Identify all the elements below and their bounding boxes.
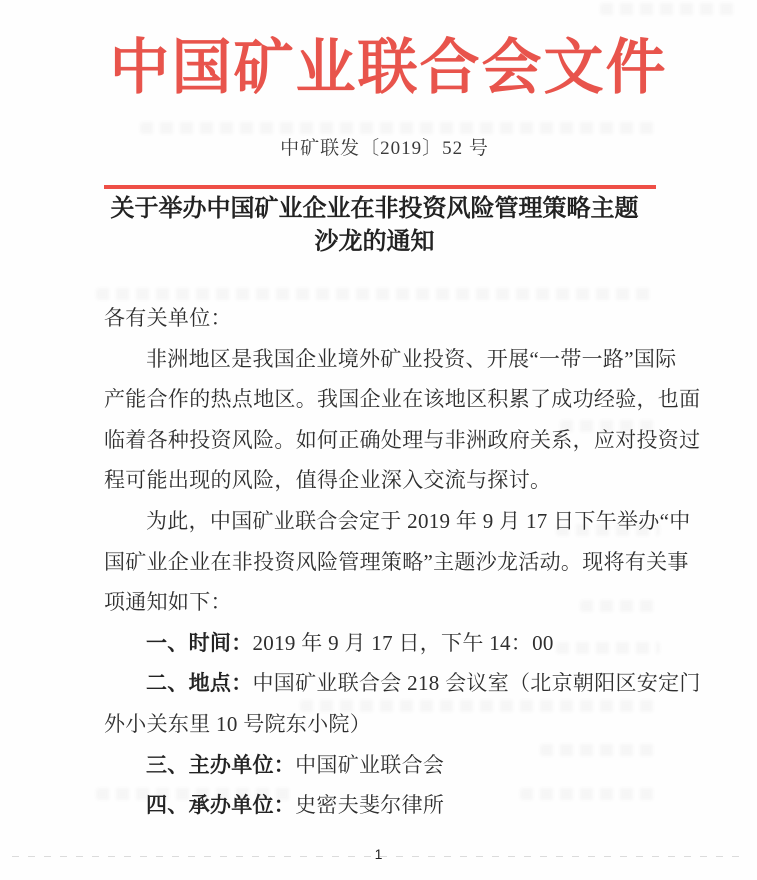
body-line: 各有关单位： [104,298,660,339]
line-text: 非洲地区是我国企业境外矿业投资、开展“一带一路”国际 [146,347,676,371]
body-line: 外小关东里 10 号院东小院） [104,704,660,745]
line-text: 国矿业企业在非投资风险管理策略”主题沙龙活动。现将有关事 [104,550,689,574]
line-text: 外小关东里 10 号院东小院） [104,712,371,736]
body-line: 四、承办单位：史密夫斐尔律所 [104,785,660,826]
line-text: 各有关单位： [104,306,232,330]
body-line: 三、主办单位：中国矿业联合会 [104,745,660,786]
line-bold-label: 四、承办单位： [146,793,295,817]
body-line: 非洲地区是我国企业境外矿业投资、开展“一带一路”国际 [104,339,660,380]
line-text: 中国矿业联合会 [295,753,444,777]
line-bold-label: 二、地点： [146,671,253,695]
line-text: 程可能出现的风险，值得企业深入交流与探讨。 [104,468,551,492]
document-page: 中国矿业联合会文件 中矿联发〔2019〕52 号 关于举办中国矿业企业在非投资风… [0,0,757,880]
org-red-header-title: 中国矿业联合会文件 [10,28,757,108]
line-bold-label: 一、时间： [146,631,253,655]
red-separator-rule [104,185,656,189]
body-line: 二、地点：中国矿业联合会 218 会议室（北京朝阳区安定门 [104,663,660,704]
line-bold-label: 三、主办单位： [146,753,295,777]
notice-subject-line2: 沙龙的通知 [0,226,753,259]
document-number: 中矿联发〔2019〕52 号 [6,136,757,162]
body-line: 程可能出现的风险，值得企业深入交流与探讨。 [104,460,660,501]
body-line: 一、时间：2019 年 9 月 17 日，下午 14：00 [104,623,660,664]
body-line: 国矿业企业在非投资风险管理策略”主题沙龙活动。现将有关事 [104,542,660,583]
body-line: 产能合作的热点地区。我国企业在该地区积累了成功经验，也面 [104,379,660,420]
body-line: 临着各种投资风险。如何正确处理与非洲政府关系，应对投资过 [104,420,660,461]
line-text: 中国矿业联合会 218 会议室（北京朝阳区安定门 [253,671,701,695]
line-text: 2019 年 9 月 17 日，下午 14：00 [253,631,554,655]
line-text: 为此，中国矿业联合会定于 2019 年 9 月 17 日下午举办“中 [146,509,691,533]
scan-bleed-artifact [140,122,660,134]
line-text: 临着各种投资风险。如何正确处理与非洲政府关系，应对投资过 [104,428,700,452]
notice-subject-line1: 关于举办中国矿业企业在非投资风险管理策略主题 [0,193,753,226]
body-line: 为此，中国矿业联合会定于 2019 年 9 月 17 日下午举办“中 [104,501,660,542]
body-line: 项通知如下： [104,582,660,623]
line-text: 产能合作的热点地区。我国企业在该地区积累了成功经验，也面 [104,387,700,411]
page-number: 1 [0,846,757,862]
line-text: 项通知如下： [104,590,232,614]
notice-body: 各有关单位： 非洲地区是我国企业境外矿业投资、开展“一带一路”国际 产能合作的热… [104,298,660,826]
line-text: 史密夫斐尔律所 [295,793,444,817]
notice-subject-title: 关于举办中国矿业企业在非投资风险管理策略主题 沙龙的通知 [0,193,753,259]
scan-bleed-artifact [600,3,740,15]
